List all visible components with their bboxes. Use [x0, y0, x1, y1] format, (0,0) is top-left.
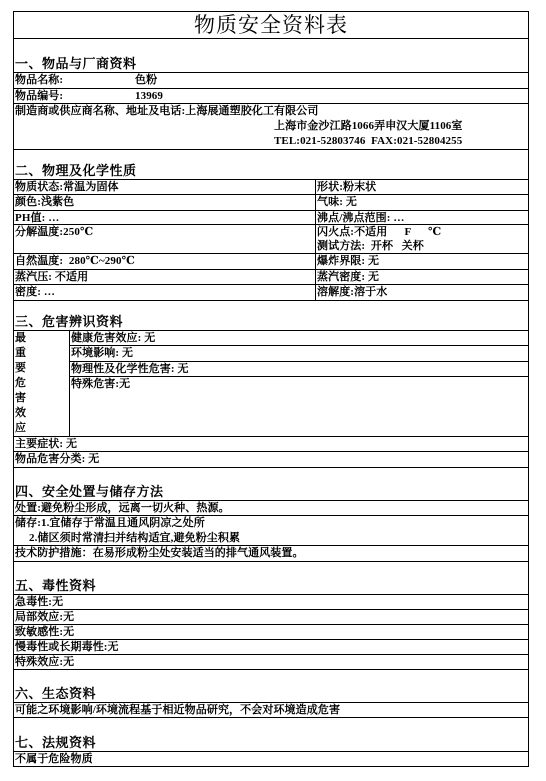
product-name-label: 物品名称: — [14, 73, 134, 88]
storage-line-1: 储存:1.宜储存于常温且通风阴凉之处所 — [14, 516, 205, 530]
label-char: 要 — [15, 361, 69, 376]
manufacturer-row: 制造商或供应商名称、地址及电话:上海展通塑胶化工有限公司 上海市金沙江路1066… — [14, 104, 528, 150]
product-code-value: 13969 — [134, 89, 528, 103]
property-right-group: 闪火点:不适用 F ℃ 测试方法: 开杯 关杯 — [316, 225, 528, 253]
hazard-class: 物品危害分类: 无 — [14, 452, 528, 467]
regulatory-text: 不属于危险物质 — [14, 752, 528, 767]
section2-header-row: 二、物理及化学性质 — [14, 150, 528, 180]
section6-heading: 六、生态资料 — [15, 686, 96, 702]
title-row: 物质安全资料表 — [14, 12, 528, 39]
manufacturer-line: 制造商或供应商名称、地址及电话:上海展通塑胶化工有限公司 — [14, 104, 318, 118]
section6-header-row: 六、生态资料 — [14, 670, 528, 703]
label-char: 应 — [15, 421, 69, 436]
main-symptoms-row: 主要症状: 无 — [14, 437, 528, 452]
handling-row: 处置:避免粉尘形成，远离一切火种、热源。 — [14, 501, 528, 516]
property-left: 密度: … — [14, 285, 316, 300]
property-right: 形状:粉末状 — [316, 180, 528, 194]
label-char: 最 — [15, 331, 69, 346]
most-important-hazard-label: 最 重 要 危 害 效 应 — [14, 331, 70, 436]
chronic-toxicity: 慢毒性或长期毒性:无 — [14, 640, 528, 654]
property-right: 爆炸界限: 无 — [316, 254, 528, 269]
ecology-text: 可能之环境影响/环境流程基于相近物品研究，不会对环境造成危害 — [14, 703, 528, 717]
storage-line-2: 2.储区须时常清扫并结构适宜,避免粉尘积累 — [28, 531, 240, 545]
hazard-effects-block: 最 重 要 危 害 效 应 健康危害效应: 无 环境影响: 无 物理性及化学性危… — [14, 331, 528, 437]
acute-toxicity: 急毒性:无 — [14, 595, 528, 609]
section4-heading: 四、安全处置与储存方法 — [15, 484, 164, 500]
property-left: 物质状态:常温为固体 — [14, 180, 316, 194]
special-hazard: 特殊危害:无 — [70, 377, 528, 391]
main-symptoms: 主要症状: 无 — [14, 437, 528, 451]
property-row: 分解温度:250℃ 闪火点:不适用 F ℃ 测试方法: 开杯 关杯 — [14, 225, 528, 254]
section3-heading: 三、危害辨识资料 — [15, 314, 123, 330]
property-row: 自然温度: 280℃~290℃ 爆炸界限: 无 — [14, 254, 528, 270]
section3-header-row: 三、危害辨识资料 — [14, 301, 528, 331]
property-left: 蒸汽压: 不适用 — [14, 270, 316, 284]
product-code-row: 物品编号: 13969 — [14, 89, 528, 104]
section1-heading: 一、物品与厂商资料 — [15, 56, 137, 72]
property-left: 分解温度:250℃ — [14, 225, 316, 253]
msds-sheet: 物质安全资料表 一、物品与厂商资料 物品名称: 色粉 物品编号: 13969 制… — [13, 11, 529, 767]
property-left: PH值: … — [14, 211, 316, 224]
label-char: 危 — [15, 376, 69, 391]
regulatory-row: 不属于危险物质 — [14, 752, 528, 767]
section2-heading: 二、物理及化学性质 — [15, 163, 137, 179]
toxicity-row: 特殊效应:无 — [14, 655, 528, 670]
section7-header-row: 七、法规资料 — [14, 718, 528, 752]
property-right: 气味: 无 — [316, 195, 528, 210]
toxicity-row: 慢毒性或长期毒性:无 — [14, 640, 528, 655]
section5-heading: 五、毒性资料 — [15, 578, 96, 594]
label-char: 害 — [15, 391, 69, 406]
handling-text: 处置:避免粉尘形成，远离一切火种、热源。 — [14, 501, 528, 515]
test-method: 测试方法: 开杯 关杯 — [316, 239, 528, 253]
property-row: 密度: … 溶解度:溶于水 — [14, 285, 528, 301]
environmental-impact: 环境影响: 无 — [70, 346, 528, 362]
label-char: 重 — [15, 346, 69, 361]
manufacturer-address: 上海市金沙江路1066弄申汉大厦1106室 — [273, 119, 463, 133]
section5-header-row: 五、毒性资料 — [14, 562, 528, 595]
toxicity-row: 致敏感性:无 — [14, 625, 528, 640]
property-left: 颜色:浅紫色 — [14, 195, 316, 210]
ecology-row: 可能之环境影响/环境流程基于相近物品研究，不会对环境造成危害 — [14, 703, 528, 718]
product-name-value: 色粉 — [134, 73, 528, 88]
special-effects: 特殊效应:无 — [14, 655, 528, 669]
document-title: 物质安全资料表 — [14, 12, 528, 38]
hazard-effects-list: 健康危害效应: 无 环境影响: 无 物理性及化学性危害: 无 特殊危害:无 — [70, 331, 528, 436]
technical-text: 技术防护措施：在易形成粉尘处安装适当的排气通风装置。 — [14, 546, 528, 561]
manufacturer-contact: TEL:021-52803746 FAX:021-52804255 — [273, 134, 462, 148]
technical-row: 技术防护措施：在易形成粉尘处安装适当的排气通风装置。 — [14, 546, 528, 562]
property-row: 物质状态:常温为固体 形状:粉末状 — [14, 180, 528, 195]
property-right: 蒸汽密度: 无 — [316, 270, 528, 284]
section1-header-row: 一、物品与厂商资料 — [14, 39, 528, 73]
property-row: 蒸汽压: 不适用 蒸汽密度: 无 — [14, 270, 528, 285]
property-right: 沸点/沸点范围: … — [316, 211, 528, 224]
flash-point: 闪火点:不适用 F ℃ — [316, 225, 528, 239]
toxicity-row: 局部效应:无 — [14, 610, 528, 625]
physical-chemical-hazard: 物理性及化学性危害: 无 — [70, 362, 528, 377]
hazard-class-row: 物品危害分类: 无 — [14, 452, 528, 468]
property-left: 自然温度: 280℃~290℃ — [14, 254, 316, 269]
sensitization: 致敏感性:无 — [14, 625, 528, 639]
property-row: PH值: … 沸点/沸点范围: … — [14, 211, 528, 225]
product-name-row: 物品名称: 色粉 — [14, 73, 528, 89]
label-char: 效 — [15, 406, 69, 421]
health-hazard: 健康危害效应: 无 — [70, 331, 528, 346]
section4-header-row: 四、安全处置与储存方法 — [14, 468, 528, 501]
section7-heading: 七、法规资料 — [15, 735, 96, 751]
property-row: 颜色:浅紫色 气味: 无 — [14, 195, 528, 211]
product-code-label: 物品编号: — [14, 89, 134, 103]
toxicity-row: 急毒性:无 — [14, 595, 528, 610]
property-right: 溶解度:溶于水 — [316, 285, 528, 300]
storage-row: 储存:1.宜储存于常温且通风阴凉之处所 2.储区须时常清扫并结构适宜,避免粉尘积… — [14, 516, 528, 546]
local-effects: 局部效应:无 — [14, 610, 528, 624]
